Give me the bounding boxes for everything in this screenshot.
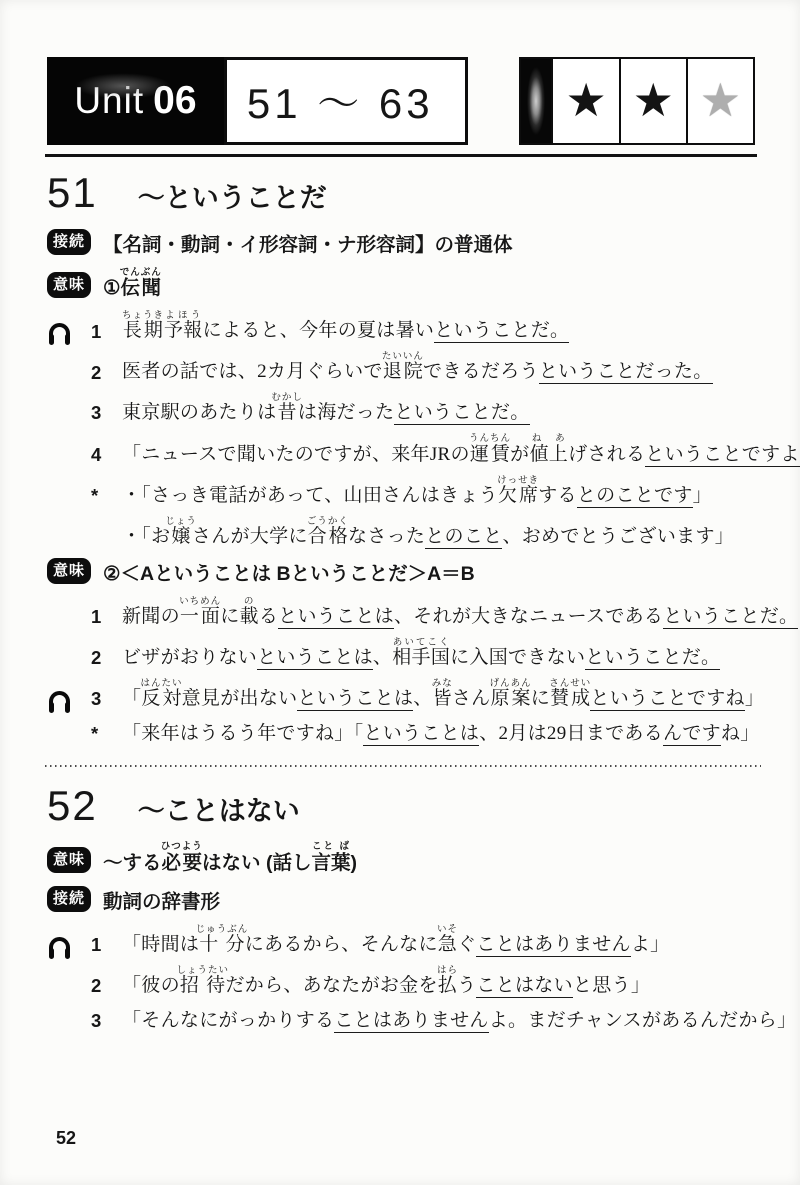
star-strip-texture (521, 59, 551, 143)
text-run: ① (103, 277, 120, 299)
underlined-pattern: ということだ。 (663, 606, 798, 629)
underlined-pattern: ということは (278, 606, 394, 629)
imi-badge: 意味 (47, 272, 91, 298)
text-run: によると、今年の夏は暑い (203, 320, 435, 341)
underlined-pattern: ということは (257, 647, 373, 670)
icon-spacer (47, 667, 91, 672)
underlined-pattern: ということは (363, 723, 479, 746)
icon-spacer (47, 626, 91, 631)
grammar-section-52: 52〜ことはない意味〜する必要ひつようはない (話し言葉こと ば)接続動詞の辞書… (47, 782, 769, 1035)
icon-spacer (47, 1030, 91, 1035)
example-row: 3「そんなにがっかりすることはありませんよ。まだチャンスがあるんだから」 (47, 1007, 769, 1035)
text-run: んです (663, 723, 721, 744)
ruby-text: 昔むかし (276, 402, 298, 423)
text-run: 、 (413, 688, 432, 709)
imi-row: 意味〜する必要ひつようはない (話し言葉こと ば) (47, 842, 769, 876)
example-row: 3東京駅のあたりは昔むかしは海だったということだ。 (47, 393, 769, 427)
example-number: 2 (91, 359, 122, 387)
underlined-pattern: ということだ。 (434, 320, 569, 343)
text-run: 「時間は (122, 934, 199, 955)
text-run: 〜する (103, 852, 162, 874)
text-run: 【名詞・動詞・イ形容詞・ナ形容詞】の普通体 (103, 234, 513, 256)
text-run: 、おめでとうございます」 (502, 526, 734, 547)
text-run: に入国できない (450, 647, 585, 668)
ruby-text: 載の (240, 606, 259, 627)
example-row: 1長期ちょうき予報よほうによると、今年の夏は暑いということだ。 (47, 311, 769, 345)
ruby-text: 払はら (438, 975, 457, 996)
example-text: 「彼の招待しょうたいだから、あなたがお金を払はらうことはないと思う」 (122, 966, 769, 1000)
section-heading: 52〜ことはない (47, 782, 769, 830)
example-number: 4 (91, 441, 122, 469)
text-run: 」 (745, 688, 764, 709)
text-run: ということは (257, 647, 373, 668)
example-text: 「そんなにがっかりすることはありませんよ。まだチャンスがあるんだから」 (122, 1008, 796, 1035)
text-run: とのことです (577, 485, 693, 506)
example-number: 2 (91, 972, 122, 1000)
example-text: 東京駅のあたりは昔むかしは海だったということだ。 (122, 393, 769, 427)
text-run: 「 (122, 688, 141, 709)
text-run: う (457, 975, 476, 996)
ruby-text: 伝聞でんぶん (121, 277, 162, 299)
star-filled-icon: ★ (551, 59, 618, 143)
text-run: とのこと (425, 526, 502, 547)
section-heading: 51〜ということだ (47, 169, 769, 217)
example-text: ・「お嬢じょうさんが大学に合格ごうかくなさったとのこと、おめでとうございます」 (122, 517, 769, 551)
textbook-page: Unit 06 51 〜 63 ★★★ 51〜ということだ接続【名詞・動詞・イ形… (0, 0, 800, 1185)
text-run: 」 (693, 485, 712, 506)
text-run: ということだ。 (394, 402, 529, 423)
text-run: 「彼の (122, 975, 180, 996)
text-run: ということですよ (645, 444, 799, 465)
underlined-pattern: ということだ。 (394, 402, 529, 425)
setsuzoku-badge: 接続 (47, 229, 91, 255)
underlined-pattern: ことはない (476, 975, 573, 998)
text-run: ・「お (122, 526, 170, 547)
example-number: 1 (91, 318, 122, 346)
ruby-text: 賛成さんせい (550, 688, 590, 709)
icon-spacer (47, 422, 91, 427)
section-number: 51 (47, 169, 98, 217)
text-run: 意見が出ない (182, 688, 298, 709)
example-text: 「時間は十分じゅうぶんにあるから、そんなに急いそぐことはありませんよ」 (122, 925, 769, 959)
example-text: 「ニュースで聞いたのですが、来年JRの運賃うんちんが値上ね あげされるということ… (122, 434, 800, 469)
text-run: 、 (373, 647, 392, 668)
setsuzoku-badge: 接続 (47, 886, 91, 912)
example-text: 「反対はんたい意見が出ないということは、皆みなさん原案げんあんに賛成さんせいとい… (122, 679, 769, 713)
text-run: ね」 (721, 723, 760, 744)
example-text: 「来年はうるう年ですね」「ということは、2月は29日まであるんですね」 (122, 721, 769, 748)
text-run: なさった (348, 526, 425, 547)
example-text: 新聞の一面いちめんに載のるということは、それが大きなニュースであるということだ。 (122, 597, 798, 631)
example-row: 1新聞の一面いちめんに載のるということは、それが大きなニュースであるということだ… (47, 597, 769, 631)
icon-spacer (47, 505, 91, 510)
ruby-text: 値上ね あ (529, 444, 568, 465)
text-run: ということは (363, 723, 479, 744)
icon-spacer (47, 995, 91, 1000)
icon-spacer (47, 464, 91, 469)
text-run: 「来年はうるう年ですね」「 (122, 723, 363, 744)
example-text: 長期ちょうき予報よほうによると、今年の夏は暑いということだ。 (122, 311, 769, 345)
ruby-text: 合格ごうかく (308, 526, 348, 547)
underlined-pattern: とのことです (577, 485, 693, 508)
headphones-icon (47, 691, 91, 713)
ruby-text: 招待しょうたい (180, 975, 226, 996)
section-title: 〜ことはない (138, 789, 300, 828)
text-run: ということだった。 (539, 361, 713, 382)
setsuzoku-row: 接続【名詞・動詞・イ形容詞・ナ形容詞】の普通体 (47, 229, 769, 258)
example-number: 3 (91, 685, 122, 713)
example-row: 2ビザがおりないということは、相手国あいてこくに入国できないということだ。 (47, 638, 769, 672)
star-faded-icon: ★ (686, 59, 753, 143)
text-run: ということだ。 (663, 606, 798, 627)
difficulty-stars: ★★★ (519, 57, 755, 145)
underlined-pattern: ということは (297, 688, 413, 711)
text-run: げされる (568, 444, 645, 465)
example-text: 医者の話では、2カ月ぐらいで退院たいいんできるだろうということだった。 (122, 352, 769, 386)
text-run: にあるから、そんなに (245, 934, 438, 955)
example-row: 1「時間は十分じゅうぶんにあるから、そんなに急いそぐことはありませんよ」 (47, 925, 769, 959)
unit-box: Unit 06 (47, 57, 224, 145)
ruby-text: 必要ひつよう (162, 852, 203, 874)
example-number: 1 (91, 603, 122, 631)
example-number: 3 (91, 1007, 122, 1035)
text-run: ということですね (590, 688, 744, 709)
ruby-text: 急いそ (438, 934, 457, 955)
text-run: 「ニュースで聞いたのですが、来年JRの (122, 444, 470, 465)
text-run: 動詞の辞書形 (103, 891, 220, 913)
text-run: よ。まだチャンスがあるんだから」 (489, 1010, 797, 1031)
badge-text: ②＜Aということは Bということだ＞A＝B (103, 561, 475, 587)
underlined-pattern: ということだった。 (539, 361, 713, 384)
ruby-text: 欠席けっせき (498, 485, 538, 506)
imi-badge: 意味 (47, 847, 91, 873)
example-row: 4「ニュースで聞いたのですが、来年JRの運賃うんちんが値上ね あげされるというこ… (47, 434, 769, 469)
imi-badge: 意味 (47, 558, 91, 584)
badge-text: ①伝聞でんぶん (103, 268, 162, 301)
text-run: ことはありません (476, 934, 630, 955)
example-number: 3 (91, 399, 122, 427)
text-run: と思う」 (573, 975, 650, 996)
text-run: さん (452, 688, 491, 709)
text-run: ということだ。 (585, 647, 720, 668)
badge-text: 〜する必要ひつようはない (話し言葉こと ば) (103, 842, 357, 876)
headphones-icon (47, 323, 91, 345)
ruby-text: 十分じゅうぶん (199, 934, 245, 955)
ruby-text: 長期ちょうき (122, 320, 164, 341)
text-run: 、それが大きなニュースである (394, 606, 663, 627)
text-run: ②＜Aということは Bということだ＞A＝B (103, 563, 475, 585)
ruby-text: 反対はんたい (141, 688, 181, 709)
ruby-text: 言葉こと ば (311, 852, 350, 874)
text-run: ことはない (476, 975, 573, 996)
text-run: 新聞の (122, 606, 180, 627)
icon-spacer (47, 743, 91, 748)
ruby-text: 一面いちめん (180, 606, 220, 627)
text-run: ということだ。 (434, 320, 569, 341)
unit-range: 51 〜 63 (224, 57, 469, 145)
underlined-pattern: ことはありません (334, 1010, 488, 1033)
text-run: 東京駅のあたりは (122, 402, 276, 423)
icon-spacer (47, 381, 91, 386)
text-run: ということは (297, 688, 413, 709)
ruby-text: 原案げんあん (490, 688, 530, 709)
text-run: ) (350, 852, 357, 874)
unit-header: Unit 06 51 〜 63 ★★★ (47, 57, 755, 145)
section-title: 〜ということだ (138, 176, 327, 215)
section-divider (45, 764, 761, 767)
star-filled-icon: ★ (619, 59, 686, 143)
section-number: 52 (47, 782, 98, 830)
text-run: さんが大学に (192, 526, 308, 547)
text-run: はない (話し (202, 852, 311, 874)
text-run: だから、あなたがお金を (225, 975, 437, 996)
badge-text: 【名詞・動詞・イ形容詞・ナ形容詞】の普通体 (103, 232, 513, 258)
text-run: ぐ (457, 934, 476, 955)
headphones-icon (47, 937, 91, 959)
ruby-text: 予報よほう (164, 320, 203, 341)
text-run: 、2月は29日まである (479, 723, 663, 744)
text-run: できるだろう (423, 361, 539, 382)
text-run: が (510, 444, 529, 465)
example-row: 2「彼の招待しょうたいだから、あなたがお金を払はらうことはないと思う」 (47, 966, 769, 1000)
text-run: に (220, 606, 239, 627)
imi-row: 意味①伝聞でんぶん (47, 268, 769, 301)
badge-text: 動詞の辞書形 (103, 889, 220, 915)
text-run: は海だった (298, 402, 395, 423)
underlined-pattern: ということだ。 (585, 647, 720, 670)
setsuzoku-row: 接続動詞の辞書形 (47, 886, 769, 915)
text-run: する (538, 485, 577, 506)
ruby-text: 皆みな (433, 688, 452, 709)
example-number: * (91, 482, 122, 510)
text-run: ということは (278, 606, 394, 627)
underlined-pattern: とのこと (425, 526, 502, 549)
text-run: ビザがおりない (122, 647, 257, 668)
example-row: 3「反対はんたい意見が出ないということは、皆みなさん原案げんあんに賛成さんせいと… (47, 679, 769, 713)
underlined-pattern: ということですよ (645, 444, 799, 467)
ruby-text: 相手国あいてこく (392, 647, 450, 668)
underlined-pattern: んです (663, 723, 721, 746)
example-number: 1 (91, 931, 122, 959)
ruby-text: 嬢じょう (170, 526, 192, 547)
text-run: に (531, 688, 550, 709)
example-number: * (91, 720, 122, 748)
ruby-text: 運賃うんちん (470, 444, 510, 465)
underlined-pattern: ということですね (590, 688, 744, 711)
text-run: ことはありません (334, 1010, 488, 1031)
text-run: よ」 (631, 934, 670, 955)
example-row: ・「お嬢じょうさんが大学に合格ごうかくなさったとのこと、おめでとうございます」 (47, 517, 769, 551)
example-text: ビザがおりないということは、相手国あいてこくに入国できないということだ。 (122, 638, 769, 672)
text-run: ・「さっき電話があって、山田さんはきょう (122, 485, 498, 506)
example-row: *・「さっき電話があって、山田さんはきょう欠席けっせきするとのことです」 (47, 476, 769, 510)
text-run: る (259, 606, 278, 627)
imi-row: 意味②＜Aということは Bということだ＞A＝B (47, 558, 769, 587)
grammar-section-51: 51〜ということだ接続【名詞・動詞・イ形容詞・ナ形容詞】の普通体意味①伝聞でんぶ… (47, 169, 769, 748)
scan-smudge (75, 73, 171, 99)
text-run: 医者の話では、2カ月ぐらいで (122, 361, 383, 382)
example-row: *「来年はうるう年ですね」「ということは、2月は29日まであるんですね」 (47, 720, 769, 748)
underlined-pattern: ことはありません (476, 934, 630, 957)
content: 51〜ということだ接続【名詞・動詞・イ形容詞・ナ形容詞】の普通体意味①伝聞でんぶ… (47, 167, 769, 1042)
ruby-text: 退院たいいん (383, 361, 423, 382)
icon-spacer (47, 546, 91, 551)
text-run: 「そんなにがっかりする (122, 1010, 334, 1031)
example-text: ・「さっき電話があって、山田さんはきょう欠席けっせきするとのことです」 (122, 476, 769, 510)
example-number: 2 (91, 644, 122, 672)
header-rule (45, 154, 757, 157)
example-row: 2医者の話では、2カ月ぐらいで退院たいいんできるだろうということだった。 (47, 352, 769, 386)
page-number: 52 (56, 1128, 76, 1149)
